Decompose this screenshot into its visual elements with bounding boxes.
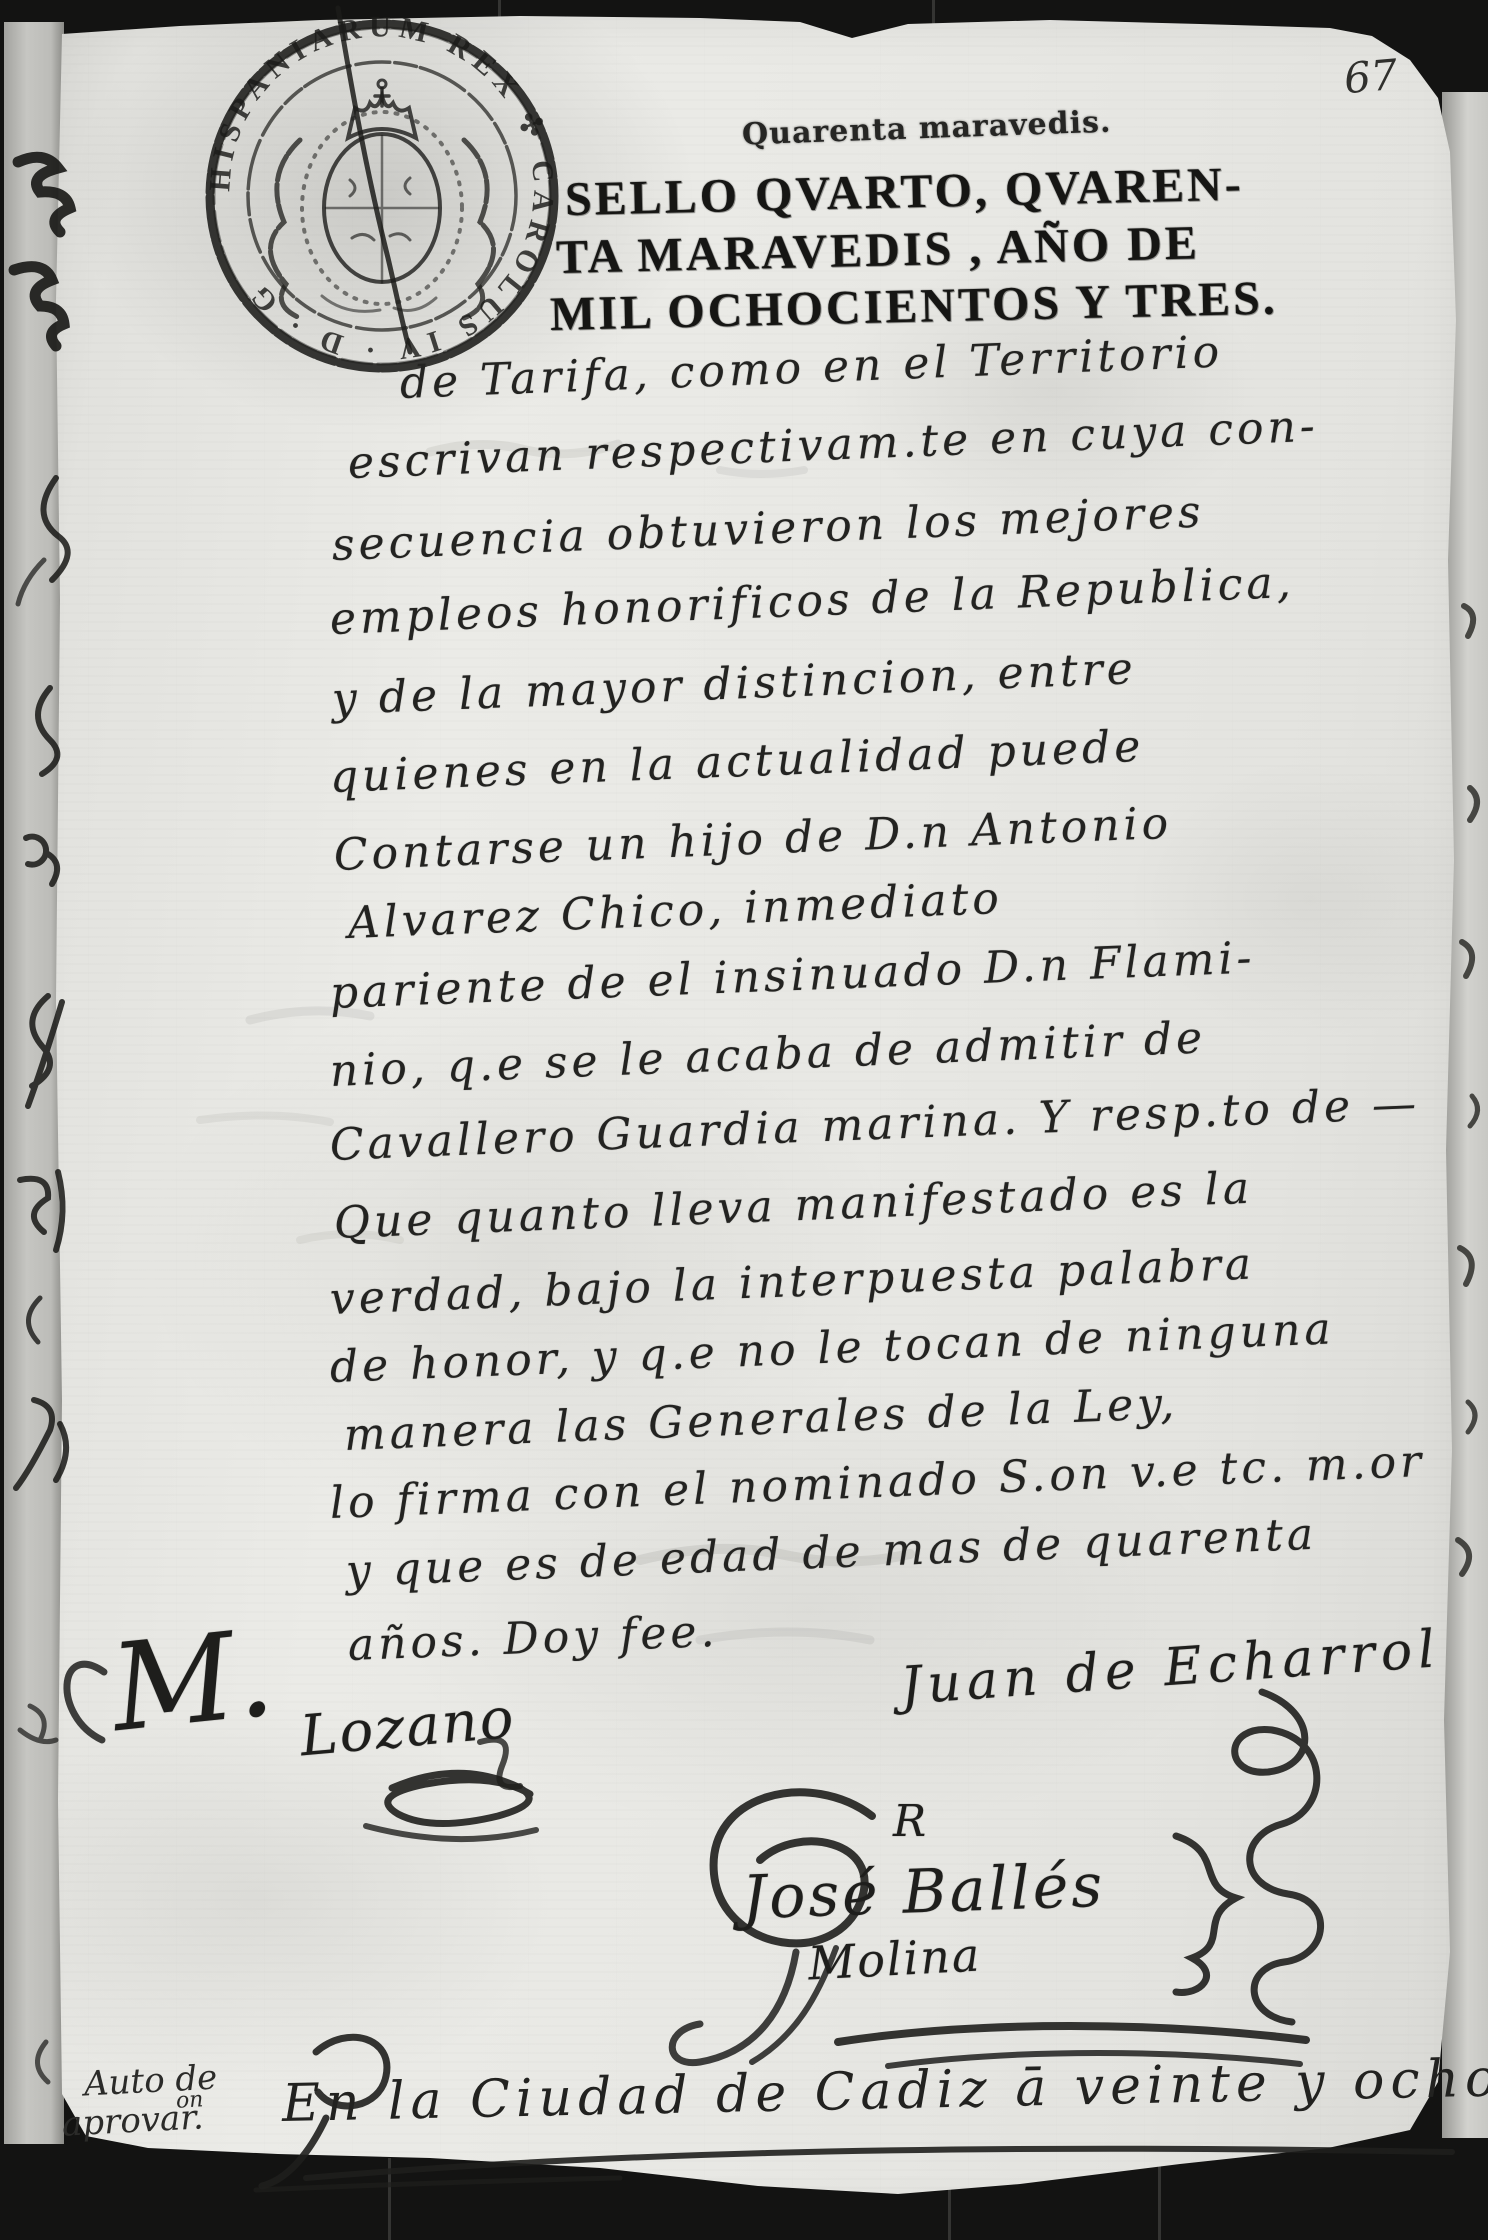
signature-molina: Molina (807, 1931, 982, 1986)
manuscript-line: empleos honorificos de la Republica, (329, 561, 1295, 642)
closing-line: En la Ciudad de Cadiz ā veinte y ocho de (281, 2050, 1488, 2130)
manuscript-line: pariente de el insinuado D.n Flami- (329, 936, 1256, 1016)
manuscript-line: Cavallero Guardia marina. Y resp.to de — (329, 1082, 1421, 1168)
manuscript-line: quienes en la actualidad puede (329, 725, 1145, 800)
manuscript-line: y que es de edad de mas de quarenta (345, 1513, 1318, 1594)
manuscript-line: de Tarifa, como en el Territorio (399, 330, 1224, 406)
manuscript-line: secuencia obtuvieron los mejores (331, 491, 1205, 568)
rubric-letter: R (893, 1800, 926, 1844)
manuscript-line: escrivan respectivam.te en cuya con- (347, 405, 1319, 486)
manuscript-line: de honor, y q.e no le tocan de ninguna (329, 1307, 1335, 1390)
manuscript-line: años. Doy fee. (347, 1610, 719, 1668)
manuscript-line: manera las Generales de la Ley, (343, 1382, 1179, 1458)
manuscript-line: verdad, bajo la interpuesta palabra (329, 1242, 1256, 1321)
manuscript-line: y de la mayor distincion, entre (331, 647, 1137, 722)
signature-witness-initial: M. (106, 1614, 279, 1750)
printed-header-line: SELLO QVARTO, QVAREN- (564, 161, 1244, 224)
text-layer: 67 Quarenta maravedis. SELLO QVARTO, QVA… (0, 0, 1488, 2240)
manuscript-line: nio, q.e se le acaba de admitir de (329, 1016, 1207, 1094)
folio-number: 67 (1342, 54, 1399, 100)
printed-header-line: TA MARAVEDIS , AÑO DE (555, 219, 1200, 282)
document-photo: HISPANIARUM REX ✣ CAROLUS IV · D · G (0, 0, 1488, 2240)
signature-juan-de-echarrol: Juan de Echarrol (899, 1623, 1442, 1713)
margin-note-line2: aprovar. (61, 2100, 204, 2141)
manuscript-line: Contarse un hijo de D.n Antonio (333, 802, 1173, 878)
manuscript-line: Que quanto lleva manifestado es la (333, 1167, 1254, 1246)
manuscript-line: Alvarez Chico, inmediato (347, 877, 1003, 946)
tax-stamp-text: Quarenta maravedis. (742, 108, 1112, 151)
signature-lozano: Lozano (298, 1691, 518, 1766)
signature-jose-balles: José Ballés (741, 1856, 1106, 1929)
